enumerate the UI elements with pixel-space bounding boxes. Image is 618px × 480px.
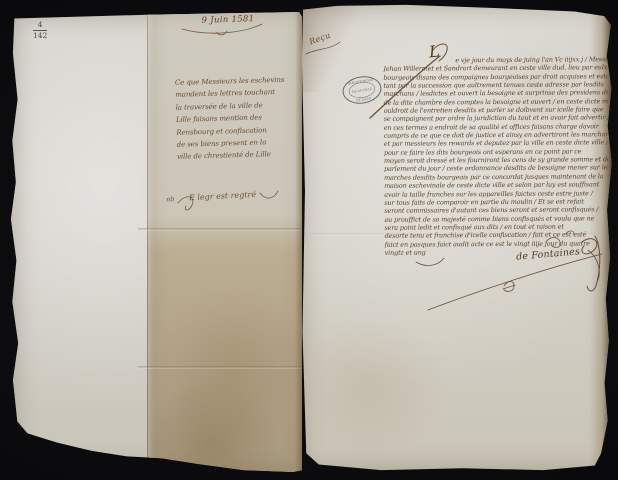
stamp-text-top: BIBLIOTHEQUE [348,78,374,86]
fold-crease-horizontal-2 [138,366,302,369]
library-stamp: BIBLIOTHEQUE DE LA VILLE DE LILLE [340,72,384,108]
cote-denominator: 142 [33,31,47,40]
library-stamp-oval: BIBLIOTHEQUE DE LA VILLE DE LILLE [340,72,384,108]
scan-background: 4 142 9 Juin 1581 Ce que Messieurs les e… [0,0,618,480]
verso-leaf: 4 142 9 Juin 1581 Ce que Messieurs les e… [10,12,302,472]
archive-cote: 4 142 [33,21,47,40]
letter-leaf: Reçu BIBLIOTHEQUE DE LA VILLE DE LILLE L… [300,4,612,472]
stamp-text-middle: DE LA VILLE [352,87,373,94]
letter-text: e vje jour du moys de juing l'an Vc iiij… [383,55,608,257]
verso-annotation: Ce que Messieurs les eschevins mandent l… [175,73,305,163]
cote-numerator: 4 [33,21,47,31]
fold-crease-horizontal-1 [138,228,302,231]
docket-prefix: nb [166,195,175,203]
